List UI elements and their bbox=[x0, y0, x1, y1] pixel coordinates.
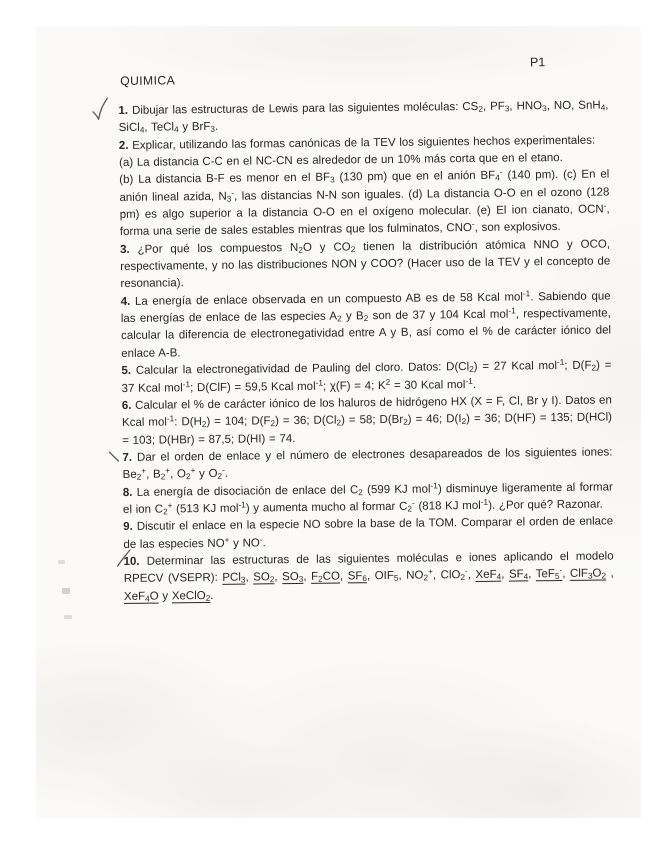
problem-1: 1. Dibujar las estructuras de Lewis para… bbox=[118, 97, 608, 137]
course-title: QUIMICA bbox=[120, 68, 608, 88]
problem-3: 3. ¿Por qué los compuestos N2O y CO2 tie… bbox=[120, 236, 611, 294]
problem-number: 9. bbox=[123, 521, 133, 533]
problem-number: 8. bbox=[123, 486, 133, 498]
problem-7: 7. Dar el orden de enlace y el número de… bbox=[122, 444, 612, 484]
scan-speck bbox=[58, 560, 65, 564]
problem-9: 9. Discutir el enlace en la especie NO s… bbox=[123, 514, 613, 554]
problem-number: 3. bbox=[120, 244, 130, 256]
problem-number: 6. bbox=[122, 400, 132, 412]
page-number: P1 bbox=[530, 55, 545, 69]
document-content: P1 QUIMICA 1. Dibujar las estructuras de… bbox=[118, 62, 614, 605]
problem-5: 5. Calcular la electronegatividad de Pau… bbox=[121, 358, 611, 398]
problem-list: 1. Dibujar las estructuras de Lewis para… bbox=[118, 97, 614, 605]
problem-4: 4. La energía de enlace observada en un … bbox=[121, 288, 612, 363]
problem-number: 2. bbox=[119, 140, 129, 152]
problem-10: 10. Determinar las estructuras de las si… bbox=[124, 548, 615, 606]
problem-6: 6. Calcular el % de carácter iónico de l… bbox=[122, 392, 613, 450]
problem-8: 8. La energía de disociación de enlace d… bbox=[123, 479, 613, 519]
scan-speck bbox=[62, 588, 70, 594]
problem-number: 1. bbox=[118, 105, 128, 117]
problem-2: 2. Explicar, utilizando las formas canón… bbox=[119, 132, 610, 242]
problem-number: 5. bbox=[121, 365, 131, 377]
problem-number: 4. bbox=[121, 296, 131, 308]
scan-speck bbox=[64, 615, 72, 619]
problem-number: 7. bbox=[122, 452, 132, 464]
problem-number: 10. bbox=[124, 556, 140, 568]
